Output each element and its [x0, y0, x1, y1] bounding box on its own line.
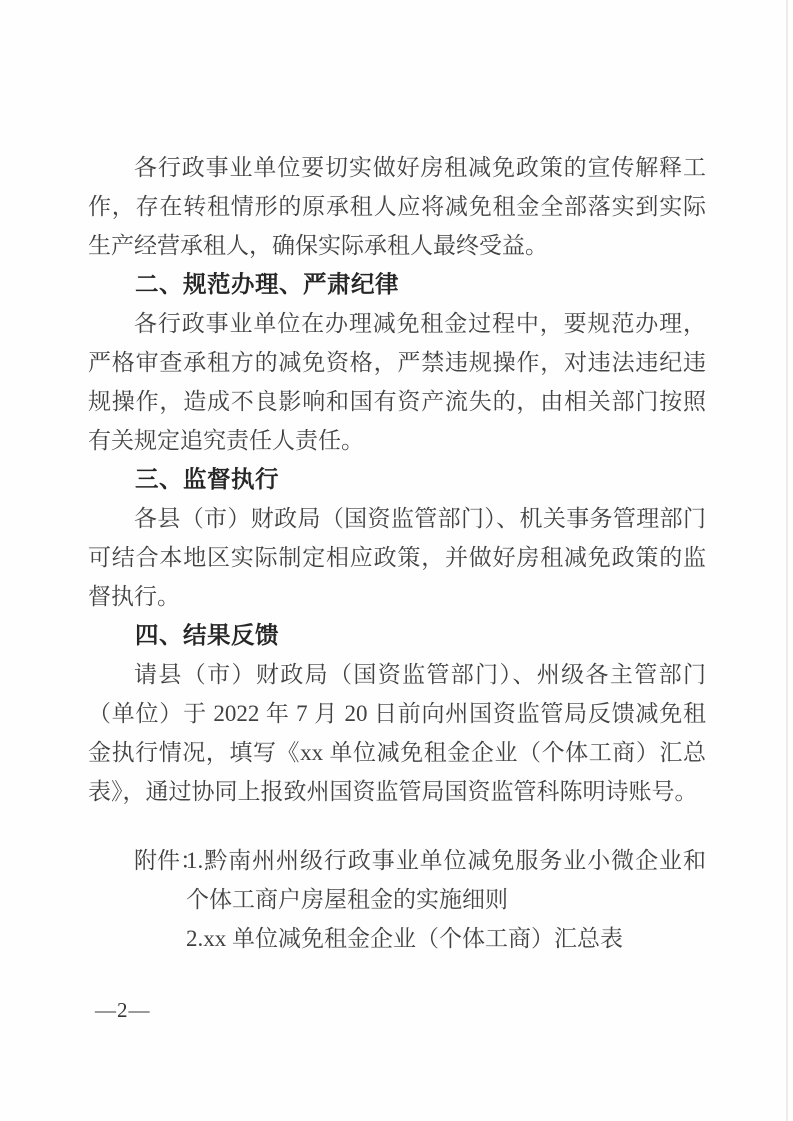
- paragraph-4: 请县（市）财政局（国资监管部门）、州级各主管部门（单位）于 2022 年 7 月…: [88, 655, 706, 811]
- scanned-document-page: 各行政事业单位要切实做好房租减免政策的宣传解释工作，存在转租情形的原承租人应将减…: [0, 0, 793, 1121]
- attachments-label: 附件：: [134, 841, 203, 880]
- paragraph-2: 各行政事业单位在办理减免租金过程中，要规范办理，严格审查承租方的减免资格，严禁违…: [88, 304, 706, 460]
- section-heading-3: 三、监督执行: [88, 460, 706, 499]
- paragraph-1: 各行政事业单位要切实做好房租减免政策的宣传解释工作，存在转租情形的原承租人应将减…: [88, 148, 706, 265]
- section-heading-4: 四、结果反馈: [88, 616, 706, 655]
- document-body: 各行政事业单位要切实做好房租减免政策的宣传解释工作，存在转租情形的原承租人应将减…: [88, 148, 706, 958]
- section-heading-2: 二、规范办理、严肃纪律: [88, 265, 706, 304]
- page-number: —2—: [95, 998, 151, 1022]
- paragraph-3: 各县（市）财政局（国资监管部门）、机关事务管理部门可结合本地区实际制定相应政策，…: [88, 499, 706, 616]
- attachment-item-2: 2.xx 单位减免租金企业（个体工商）汇总表: [186, 919, 706, 958]
- scan-edge-line: [786, 0, 788, 1121]
- attachment-item-1: 1.黔南州州级行政事业单位减免服务业小微企业和个体工商户房屋租金的实施细则: [186, 841, 706, 919]
- attachments-block: 附件： 1.黔南州州级行政事业单位减免服务业小微企业和个体工商户房屋租金的实施细…: [88, 841, 706, 958]
